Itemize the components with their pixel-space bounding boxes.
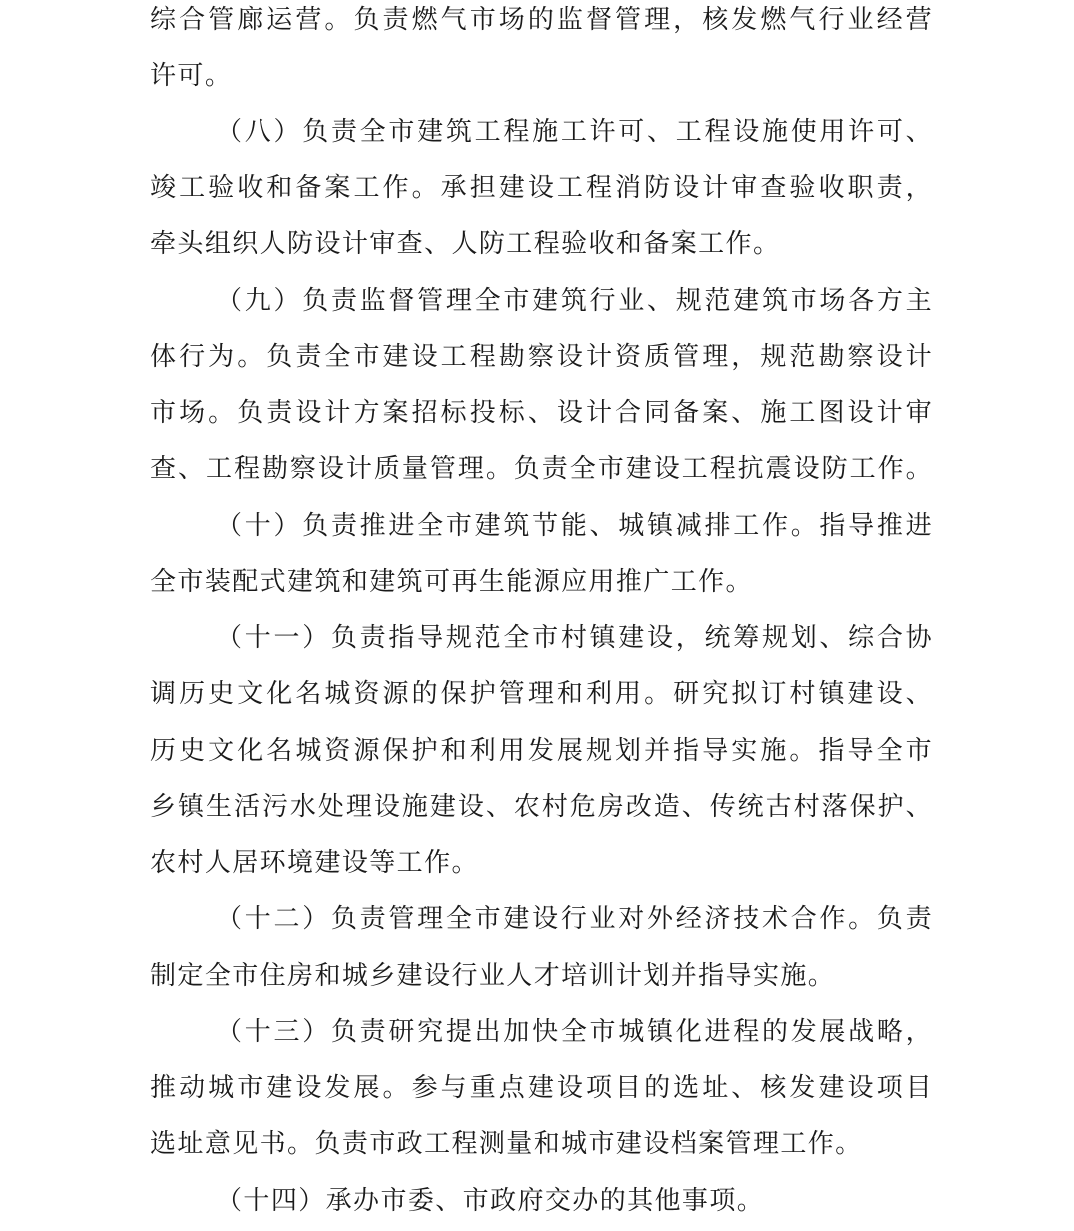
text-line: 综合管廊运营。负责燃气市场的监督管理，核发燃气行业经营 <box>150 0 932 40</box>
text-line: 调历史文化名城资源的保护管理和利用。研究拟订村镇建设、 <box>150 674 932 714</box>
text-line: 竣工验收和备案工作。承担建设工程消防设计审查验收职责， <box>150 168 932 208</box>
text-line: （十四）承办市委、市政府交办的其他事项。 <box>216 1181 932 1221</box>
document-page: 综合管廊运营。负责燃气市场的监督管理，核发燃气行业经营许可。（八）负责全市建筑工… <box>0 0 1074 1231</box>
text-line: 乡镇生活污水处理设施建设、农村危房改造、传统古村落保护、 <box>150 787 932 827</box>
text-line: （十三）负责研究提出加快全市城镇化进程的发展战略， <box>216 1012 932 1052</box>
text-line: 全市装配式建筑和建筑可再生能源应用推广工作。 <box>150 562 753 602</box>
text-line: 牵头组织人防设计审查、人防工程验收和备案工作。 <box>150 224 780 264</box>
text-line: 制定全市住房和城乡建设行业人才培训计划并指导实施。 <box>150 956 835 996</box>
text-line: （十一）负责指导规范全市村镇建设，统筹规划、综合协 <box>216 618 932 658</box>
text-line: （十二）负责管理全市建设行业对外经济技术合作。负责 <box>216 899 932 939</box>
text-line: 查、工程勘察设计质量管理。负责全市建设工程抗震设防工作。 <box>150 449 932 489</box>
text-line: 市场。负责设计方案招标投标、设计合同备案、施工图设计审 <box>150 393 932 433</box>
text-line: （八）负责全市建筑工程施工许可、工程设施使用许可、 <box>216 112 932 152</box>
text-line: 推动城市建设发展。参与重点建设项目的选址、核发建设项目 <box>150 1068 932 1108</box>
text-line: 许可。 <box>150 56 232 96</box>
text-line: （九）负责监督管理全市建筑行业、规范建筑市场各方主 <box>216 281 932 321</box>
text-line: 农村人居环境建设等工作。 <box>150 843 479 883</box>
text-line: （十）负责推进全市建筑节能、城镇减排工作。指导推进 <box>216 506 932 546</box>
text-line: 选址意见书。负责市政工程测量和城市建设档案管理工作。 <box>150 1124 863 1164</box>
text-line: 体行为。负责全市建设工程勘察设计资质管理，规范勘察设计 <box>150 337 932 377</box>
text-line: 历史文化名城资源保护和利用发展规划并指导实施。指导全市 <box>150 731 932 771</box>
